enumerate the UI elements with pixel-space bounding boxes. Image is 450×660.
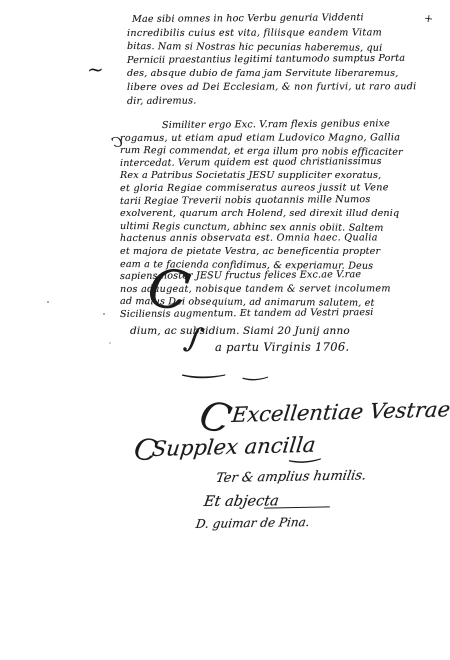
- underline-swash-icon: ‿: [185, 356, 224, 378]
- manuscript-line: intercedat. Verum quidem est quod christ…: [120, 156, 403, 171]
- manuscript-line: et majora de pietate Vestra, ac benefice…: [120, 246, 403, 259]
- signature-ter-amplius-humilis: Ter & amplius humilis.: [215, 468, 367, 486]
- manuscript-line: Similiter ergo Exc. V.ram flexis genibus…: [162, 118, 403, 132]
- manuscript-line: dir, adiremus.: [127, 92, 417, 108]
- underline-swash-icon: ‿: [243, 362, 268, 381]
- signature-supplex-ancilla: Supplex ancilla: [151, 433, 317, 461]
- manuscript-line: dium, ac subsidium. Siami 20 Junij anno: [130, 325, 403, 338]
- manuscript-line: des, absque dubio de fama jam Servitute …: [127, 67, 417, 81]
- manuscript-line: a partu Virginis 1706.: [215, 341, 403, 354]
- manuscript-line: sapiens noster JESU fructus felices Exc.…: [120, 269, 403, 284]
- manuscript-line: incredibilis cuius est vita, filiisque e…: [127, 26, 417, 40]
- manuscript-page: Mae sibi omnes in hoc Verbu genuria Vidd…: [0, 0, 450, 660]
- ink-speck: [109, 342, 111, 344]
- manuscript-line: hactenus annis observata est. Omnia haec…: [120, 233, 403, 246]
- paragraph-1: Mae sibi omnes in hoc Verbu genuria Vidd…: [127, 13, 417, 108]
- ink-speck: [47, 301, 49, 303]
- manuscript-line: Pernicii praestantius legitimi tantumodo…: [127, 52, 417, 68]
- paragraph-2: Similiter ergo Exc. V.ram flexis genibus…: [120, 120, 403, 354]
- manuscript-line: tarii Regiae Treverii nobis quotannis mi…: [120, 193, 403, 208]
- manuscript-line: rogamus, ut etiam apud etiam Ludovico Ma…: [120, 132, 403, 145]
- margin-cross-mark-icon: +: [423, 12, 434, 24]
- signature-excellentiae-vestrae: Excellentiae Vestrae: [231, 397, 450, 427]
- margin-tilde-mark-icon: ~: [87, 59, 104, 79]
- manuscript-line: Rex a Patribus Societatis JESU supplicit…: [120, 170, 403, 183]
- manuscript-line: exolverent, quarum arch Holend, sed dire…: [120, 208, 403, 221]
- manuscript-line: Mae sibi omnes in hoc Verbu genuria Vidd…: [132, 11, 417, 27]
- ink-speck: [103, 313, 105, 315]
- manuscript-line: Siciliensis augmentum. Et tandem ad Vest…: [120, 307, 403, 322]
- signature-name: D. guimar de Pina.: [195, 515, 311, 531]
- manuscript-line: nos adaugeat, nobisque tandem & servet i…: [120, 283, 403, 296]
